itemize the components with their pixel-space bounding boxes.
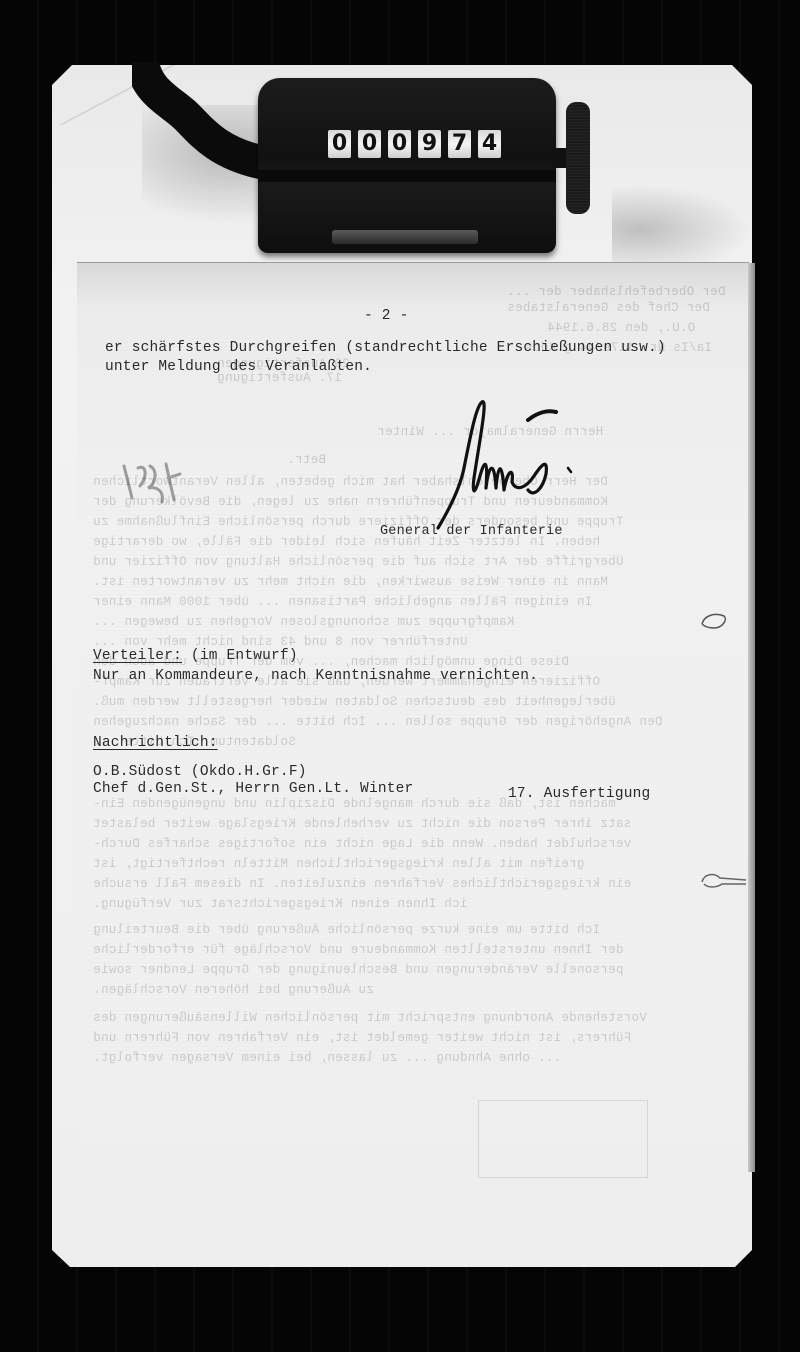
counter-digit: 0 <box>358 130 381 158</box>
counter-digit: 0 <box>328 130 351 158</box>
counter-digit: 7 <box>448 130 471 158</box>
bleed-through-text: satz ihrer Person die nicht zu verhehlen… <box>93 817 631 831</box>
bleed-through-text: überlegenheit des deutschen Soldaten wie… <box>93 695 616 709</box>
bleed-through-text: Führers, ist nicht weiter gemeldet ist, … <box>93 1031 631 1045</box>
counter-digits: 0 0 0 9 7 4 <box>328 130 501 158</box>
frame-counter-device: 0 0 0 9 7 4 <box>258 78 556 253</box>
bleed-through-text: ... ohne Ahndung ... zu lassen, bei eine… <box>93 1051 561 1065</box>
bleed-through-text: Kampfgruppe zum schonungslosen Vorgehen … <box>93 615 514 629</box>
counter-nameplate <box>332 230 478 244</box>
bleed-through-text: Vorstehende Anordnung entspricht mit per… <box>93 1011 647 1025</box>
counter-reset-knob <box>566 102 590 214</box>
counter-cable-icon <box>132 62 262 192</box>
bleed-through-text: verschuldet haben. Wenn die Lage nicht e… <box>93 837 631 851</box>
bleed-through-text: personelle Veränderungen und Beschleunig… <box>93 963 623 977</box>
page-edge <box>748 263 755 1172</box>
bleed-through-text: Der Chef des Generalstabes <box>507 301 710 315</box>
counter-digit: 4 <box>478 130 501 158</box>
bleed-through-text: Der Oberbefehlshaber der ... <box>507 285 725 299</box>
bleed-through-text: Unterführer von 8 und 43 sind nicht mehr… <box>93 635 467 649</box>
copy-number: 17. Ausfertigung <box>508 786 650 802</box>
bleed-through-text: ich Ihnen einen Kriegsgerichtsrat zur Ve… <box>93 897 467 911</box>
bleed-through-text: greifen mit allen kriegsgerichtlichen Mi… <box>93 857 584 871</box>
bleed-through-text: Mann in einer Weise auswirken, die nicht… <box>93 575 608 589</box>
info-recipient: O.B.Südost (Okdo.H.Gr.F) <box>93 764 307 780</box>
body-line: unter Meldung des Veranlaßten. <box>105 359 372 375</box>
bleed-through-text: O.U., den 28.6.1944 <box>547 321 695 335</box>
bleed-through-text: Übergriffe der Art sich auf die persönli… <box>93 555 623 569</box>
bleed-through-text: In einigen Fällen angebliche Partisanen … <box>93 595 592 609</box>
bleed-through-text: Den Angehörigen der Gruppe sollen ... Ic… <box>93 715 663 729</box>
document-page: Der Oberbefehlshaber der ... Der Chef de… <box>77 262 749 1172</box>
distribution-block: Verteiler: (im Entwurf) <box>93 648 298 664</box>
bleed-through-text: der Ihnen unterstellten Kommandeure und … <box>93 943 623 957</box>
signatory-title: General der Infanterie <box>380 524 563 539</box>
bleed-through-text: Ich bitte um eine kurze persönliche Äuße… <box>93 923 600 937</box>
counter-digit: 0 <box>388 130 411 158</box>
info-recipient: Chef d.Gen.St., Herrn Gen.Lt. Winter <box>93 781 413 797</box>
counter-ridge <box>258 170 556 182</box>
distribution-instruction: Nur an Kommandeure, nach Kenntnisnahme v… <box>93 668 538 684</box>
clip-mark-icon <box>700 870 748 892</box>
body-line: er schärfstes Durchgreifen (standrechtli… <box>105 340 666 356</box>
bleed-through-text: ein kriegsgerichtliches Verfahren einzul… <box>93 877 631 891</box>
pencil-annotation <box>118 458 188 508</box>
bleed-through-text: Betr. <box>287 453 326 467</box>
info-copies-heading: Nachrichtlich: <box>93 735 218 751</box>
receipt-stamp <box>478 1100 648 1178</box>
clip-mark-icon <box>698 610 732 634</box>
distribution-note: (im Entwurf) <box>191 648 298 664</box>
handwritten-signature <box>430 398 590 538</box>
bleed-through-text: zu Äußerung bei höheren Vorschlägen. <box>93 983 374 997</box>
counter-digit: 9 <box>418 130 441 158</box>
page-number: - 2 - <box>364 308 409 324</box>
distribution-heading: Verteiler: <box>93 648 182 664</box>
